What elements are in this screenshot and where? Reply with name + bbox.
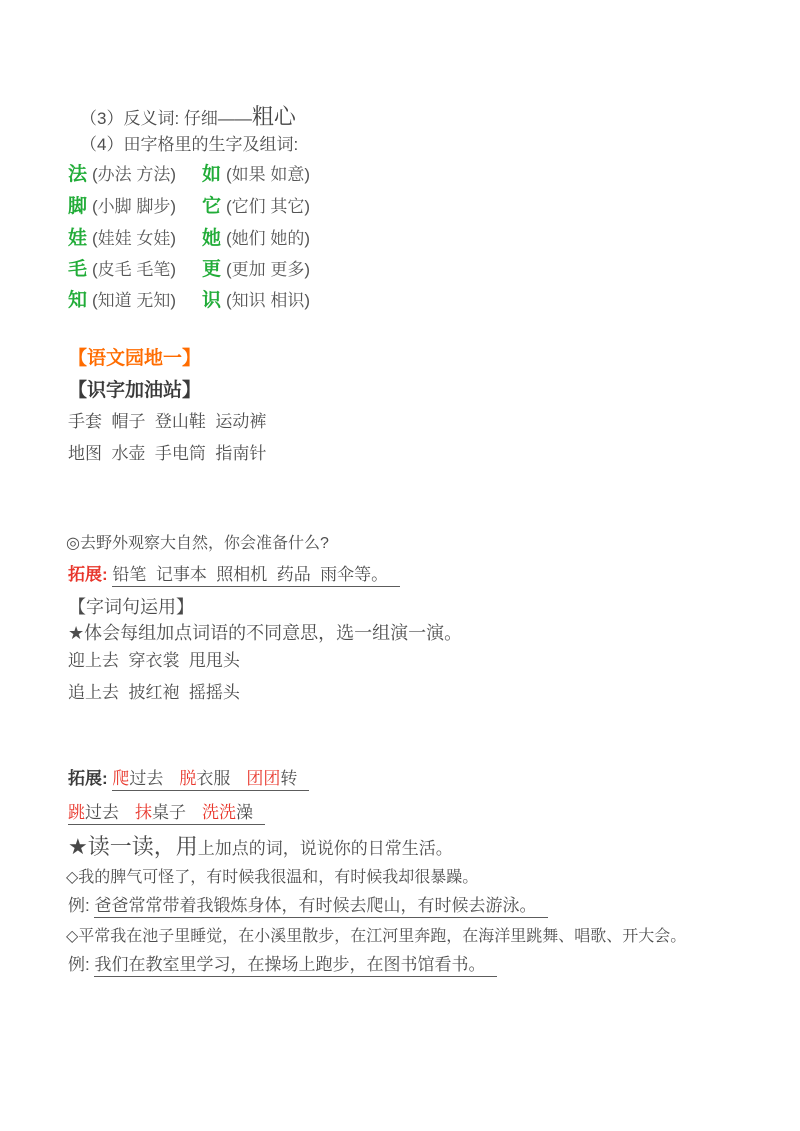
green-char: 更 [202,259,221,280]
word-group-line-1: 迎上去 穿衣裳 甩甩头 [68,650,240,673]
char-row: 毛(皮毛 毛笔)更(更加 更多) [68,257,310,283]
char-group: 如(如果 如意) [202,162,310,188]
word-list-line-2: 地图 水壶 手电筒 指南针 [68,443,266,466]
char-group: 娃(娃娃 女娃) [68,226,202,252]
example-2-content: 我们在教室里学习，在操场上跑步，在图书馆看书。 [94,955,497,977]
word-rest: 过去 [129,769,163,788]
red-char: 爬 [112,769,129,788]
green-char: 她 [202,228,221,249]
char-row: 知(知道 无知)识(知识 相识) [68,288,310,314]
char-group: 毛(皮毛 毛笔) [68,257,202,283]
word-group: (小脚 脚步) [92,197,176,216]
word-part: 跳过去 [68,803,119,822]
word-part: 爬过去 [112,769,163,788]
characters-heading-line: （4）田字格里的生字及组词: [80,134,298,157]
word-part: 洗洗澡 [202,803,253,822]
green-char: 娃 [68,228,87,249]
document-page: （3）反义词: 仔细——粗心 （4）田字格里的生字及组词: 法(办法 方法)如(… [0,0,800,1131]
item3-emphasis: 粗心 [252,104,296,129]
example-line-2: 例: 我们在教室里学习，在操场上跑步，在图书馆看书。 [68,954,497,977]
green-char: 脚 [68,196,87,217]
char-row: 脚(小脚 脚步)它(它们 其它) [68,194,310,220]
char-group: 法(办法 方法) [68,162,202,188]
task-2-small-text: 上加点的词，说说你的日常生活。 [198,839,453,858]
word-group: (它们 其它) [226,197,310,216]
char-group: 识(知识 相识) [202,288,310,314]
char-group: 更(更加 更多) [202,257,310,283]
unit-title-line: 【语文园地一】 [68,346,201,372]
word-group: (皮毛 毛笔) [92,260,176,279]
task-1-instruction: ★体会每组加点词语的不同意思，选一组演一演。 [68,621,462,645]
char-group: 她(她们 她的) [202,226,310,252]
green-char: 如 [202,164,221,185]
word-group: (她们 她的) [226,229,310,248]
literacy-title-line: 【识字加油站】 [68,378,201,404]
literacy-station-title: 【识字加油站】 [68,380,201,401]
task-2-instruction: ★读一读，用上加点的词，说说你的日常生活。 [68,832,453,862]
word-part: 脱衣服 [179,769,230,788]
word-list-line-1: 手套 帽子 登山鞋 运动裤 [68,411,266,434]
expansion-2-content: 爬过去脱衣服团团转 [112,769,309,791]
example-1-content: 爸爸常常带着我锻炼身体，有时候去爬山，有时候去游泳。 [94,896,548,918]
expansion-3-line: 跳过去抹桌子洗洗澡 [68,802,265,825]
expansion-3-content: 跳过去抹桌子洗洗澡 [68,803,265,825]
red-char: 洗洗 [202,803,236,822]
diamond-sentence-2: ◇平常我在池子里睡觉，在小溪里散步，在江河里奔跑，在海洋里跳舞、唱歌、开大会。 [66,926,686,948]
word-rest: 过去 [85,803,119,822]
word-group: (知识 相识) [226,291,310,310]
green-char: 它 [202,196,221,217]
observe-question: ◎去野外观察大自然，你会准备什么? [66,533,329,555]
green-char: 法 [68,164,87,185]
char-group: 它(它们 其它) [202,194,310,220]
word-group: (更加 更多) [226,260,310,279]
diamond-sentence-1: ◇我的脾气可怪了，有时候我很温和，有时候我却很暴躁。 [66,867,478,889]
char-row: 娃(娃娃 女娃)她(她们 她的) [68,226,310,252]
example-2-label: 例: [68,955,94,974]
expansion-1-line: 拓展: 铅笔 记事本 照相机 药品 雨伞等。 [68,564,400,587]
example-line-1: 例: 爸爸常常带着我锻炼身体，有时候去爬山，有时候去游泳。 [68,895,548,918]
red-char: 脱 [179,769,196,788]
word-rest: 转 [280,769,297,788]
word-rest: 衣服 [196,769,230,788]
word-rest: 澡 [236,803,253,822]
expansion-1-content: 铅笔 记事本 照相机 药品 雨伞等。 [112,565,400,587]
word-group: (娃娃 女娃) [92,229,176,248]
word-group: (如果 如意) [226,165,310,184]
word-group: (办法 方法) [92,165,176,184]
expansion-1-label: 拓展: [68,565,112,584]
green-char: 毛 [68,259,87,280]
char-group: 脚(小脚 脚步) [68,194,202,220]
expansion-2-line: 拓展: 爬过去脱衣服团团转 [68,768,309,791]
char-group: 知(知道 无知) [68,288,202,314]
item4-text: 田字格里的生字及组词: [123,135,298,154]
green-char: 识 [202,290,221,311]
unit-title: 【语文园地一】 [68,348,201,369]
antonym-line: （3）反义词: 仔细——粗心 [80,102,296,132]
expansion-2-label: 拓展: [68,769,112,788]
word-part: 团团转 [246,769,297,788]
usage-section-title-line: 【字词句运用】 [68,595,194,620]
item3-number: （3） [80,109,123,128]
char-row: 法(办法 方法)如(如果 如意) [68,162,310,188]
red-char: 抹 [135,803,152,822]
red-char: 跳 [68,803,85,822]
word-rest: 桌子 [152,803,186,822]
example-1-label: 例: [68,896,94,915]
red-char: 团团 [246,769,280,788]
task-2-big-text: ★读一读，用 [68,834,198,859]
word-group: (知道 无知) [92,291,176,310]
item3-text: 反义词: 仔细—— [123,109,251,128]
word-part: 抹桌子 [135,803,186,822]
word-group-line-2: 追上去 披红袍 摇摇头 [68,682,240,705]
usage-section-title: 【字词句运用】 [68,597,194,617]
green-char: 知 [68,290,87,311]
item4-number: （4） [80,135,123,154]
